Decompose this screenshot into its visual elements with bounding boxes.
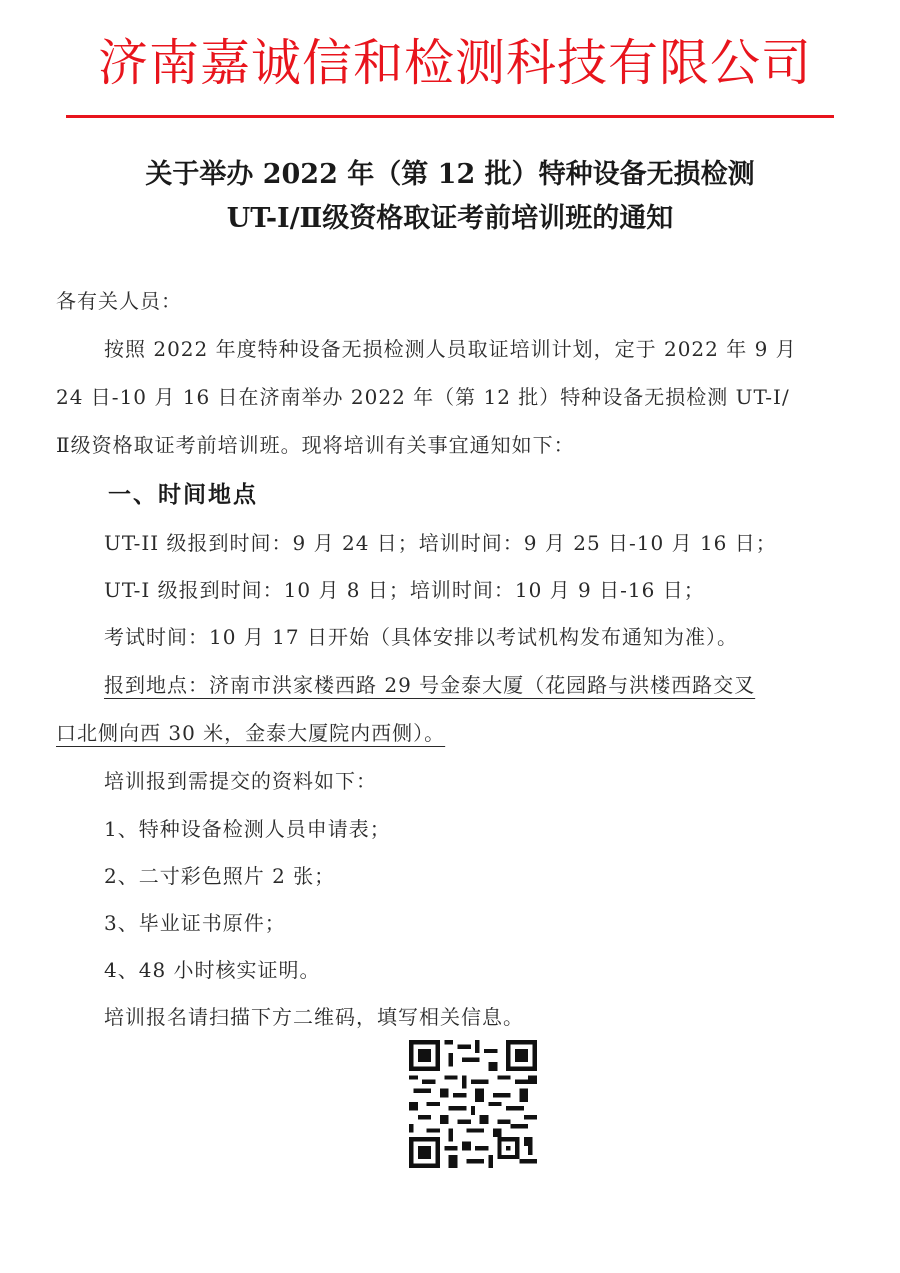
intro-line: Ⅱ级资格取证考前培训班。现将培训有关事宜通知如下： — [56, 429, 575, 458]
qr-code-icon[interactable] — [408, 1040, 538, 1168]
materials-item: 4、48 小时核实证明。 — [104, 954, 321, 983]
intro-line: 按照 2022 年度特种设备无损检测人员取证培训计划，定于 2022 年 9 月 — [104, 333, 797, 362]
materials-item: 1、特种设备检测人员申请表； — [104, 813, 391, 842]
section-heading-time-location: 一、时间地点 — [108, 476, 258, 509]
location-line: 口北侧向西 30 米，金泰大厦院内西侧）。 — [56, 717, 445, 746]
company-name: 济南嘉诚信和检测科技有限公司 — [70, 28, 840, 98]
materials-intro: 培训报到需提交的资料如下： — [104, 765, 377, 794]
materials-item: 3、毕业证书原件； — [104, 907, 286, 936]
location-line: 报到地点：济南市洪家楼西路 29 号金泰大厦（花园路与洪楼西路交叉 — [104, 669, 755, 698]
intro-line: 24 日-10 月 16 日在济南举办 2022 年（第 12 批）特种设备无损… — [56, 381, 790, 410]
schedule-item: 考试时间：10 月 17 日开始（具体安排以考试机构发布通知为准）。 — [104, 621, 738, 650]
letterhead-divider — [66, 115, 834, 118]
schedule-item: UT-II 级报到时间：9 月 24 日；培训时间：9 月 25 日-10 月 … — [104, 527, 777, 556]
materials-item: 2、二寸彩色照片 2 张； — [104, 860, 335, 889]
document-title-line1: 关于举办 2022 年（第 12 批）特种设备无损检测 — [60, 152, 840, 191]
salutation: 各有关人员： — [56, 285, 182, 314]
document-title-line2: UT-I/Ⅱ级资格取证考前培训班的通知 — [60, 196, 840, 235]
schedule-item: UT-I 级报到时间：10 月 8 日；培训时间：10 月 9 日-16 日； — [104, 574, 705, 603]
registration-note: 培训报名请扫描下方二维码，填写相关信息。 — [104, 1001, 524, 1030]
